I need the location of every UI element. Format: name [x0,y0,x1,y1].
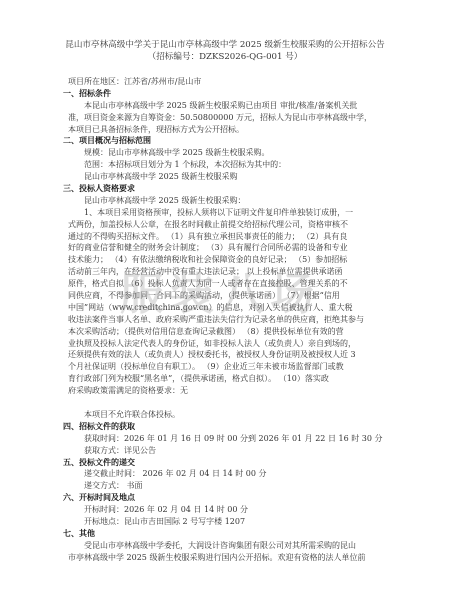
section-heading-bidder-qualifications: 三、投标人资格要求 [63,183,390,195]
project-region: 项目所在地区：江苏省/苏州市/昆山市 [68,76,390,88]
paragraph-line: 技术能力； （4）有依法缴纳税收和社会保障资金的良好记录； （5）参加招标 [68,254,390,266]
paragraph-line: 活动前三年内，在经营活动中没有重大违法记录； 以上投标单位需提供承诺函 [68,266,390,278]
acquisition-time: 获取时间：2026 年 01 月 16 日 09 时 00 分到 2026 年 … [68,433,390,445]
paragraph-line: 原件，格式自拟 （6）投标人负责人为同一人或者存在直接控股、管理关系的不 [68,278,390,290]
submission-deadline: 递交截止时间： 2026 年 02 月 04 日 14 时 00 分 [68,468,390,480]
paragraph-line: 受昆山市亭林高级中学委托，大润设计咨询集团有限公司对其所需采购的昆山 [68,540,390,552]
paragraph-line: 收违法案件当事人名单、政府采购严重违法失信行为记录名单的供应商，拒绝其参与 [68,314,390,326]
section-heading-bid-conditions: 一、招标条件 [63,88,390,100]
paragraph-line: 府采购政策需满足的资格要求：无 [68,385,390,397]
consortium-note: 本项目不允许联合体投标。 [68,409,390,421]
document-page: 昆山市亭林高级中学关于昆山市亭林高级中学 2025 级新生校服采购的公开招标公告… [0,0,450,600]
paragraph-line: 式两份，加盖投标人公章，在报名时间截止前提交给招标代理公司，资格审核不 [68,219,390,231]
paragraph-line: 范围：本招标项目划分为 1 个标段，本次招标为其中的： [68,159,390,171]
opening-location: 开标地点：昆山市吉田国际 2 号写字楼 1207 [68,516,390,528]
paragraph-line: 通过的不得购买招标文件。 （1）具有独立承担民事责任的能力； （2）具有良 [68,231,390,243]
paragraph-line: 准，项目资金来源为自筹资金：50.50800000 万元，招标人为昆山市亭林高级… [68,112,390,124]
section-heading-project-overview: 二、项目概况与招标范围 [63,135,390,147]
opening-time: 开标时间：2026 年 02 月 04 日 14 时 00 分 [68,504,390,516]
section-heading-tender-docs-acquisition: 四、招标文件的获取 [63,421,390,433]
paragraph-line: 本项目已具备招标条件，现招标方式为公开招标。 [68,124,390,136]
section-heading-bid-submission: 五、投标文件的递交 [63,457,390,469]
paragraph-line: 育行政部门列为校服“黑名单”，（提供承诺函，格式自拟）。 （10）落实政 [68,373,390,385]
spacer [68,397,390,409]
paragraph-line: 业执照及投标人法定代表人的身份证，如非投标人法人（或负责人）亲自到场的， [68,338,390,350]
paragraph-line: 还须提供有效的法人（或负责人）授权委托书，被授权人身份证明及被授权人近 3 [68,349,390,361]
paragraph-line: 1、本项目采用资格预审，投标人须将以下证明文件复印件单独装订成册，一 [68,207,390,219]
acquisition-method: 获取方式：详见公告 [68,445,390,457]
paragraph-line: 昆山市亭林高级中学 2025 级新生校服采购： [68,195,390,207]
paragraph-line: 个月社保证明（投标单位自有职工）。 （9）企业近三年未被市场监督部门或教 [68,361,390,373]
paragraph-line: 规模：昆山市亭林高级中学 2025 级新生校服采购。 [68,147,390,159]
paragraph-line: 同供应商，不得参加同一合同下的采购活动，（提供承诺函） （7）根据“信用 [68,290,390,302]
paragraph-line: 本昆山市亭林高级中学 2025 级新生校服采购已由项目 审批/核准/备案机关批 [68,100,390,112]
submission-method: 递交方式： 书面 [68,480,390,492]
paragraph-line: 昆山市亭林高级中学 2025 级新生校服采购 [68,171,390,183]
section-heading-other: 七、其他 [63,528,390,540]
document-title: 昆山市亭林高级中学关于昆山市亭林高级中学 2025 级新生校服采购的公开招标公告 [0,39,450,51]
paragraph-line: 好的商业信誉和健全的财务会计制度； （3）具有履行合同所必需的设备和专业 [68,242,390,254]
bid-number: （招标编号：DZKS2026-QG-001 号） [0,51,450,63]
paragraph-line: 市亭林高级中学 2025 级新生校服采购进行国内公开招标。欢迎有资格的法人单位前 [68,552,390,564]
document-body: 项目所在地区：江苏省/苏州市/昆山市 一、招标条件 本昆山市亭林高级中学 202… [68,76,390,564]
paragraph-line: 中国”网站（www.creditchina.gov.cn）的信息，对列入失信被执… [68,302,390,314]
section-heading-bid-opening: 六、开标时间及地点 [63,492,390,504]
paragraph-line: 本次采购活动；（提供对信用信息查询记录截图） （8）提供投标单位有效的营 [68,326,390,338]
